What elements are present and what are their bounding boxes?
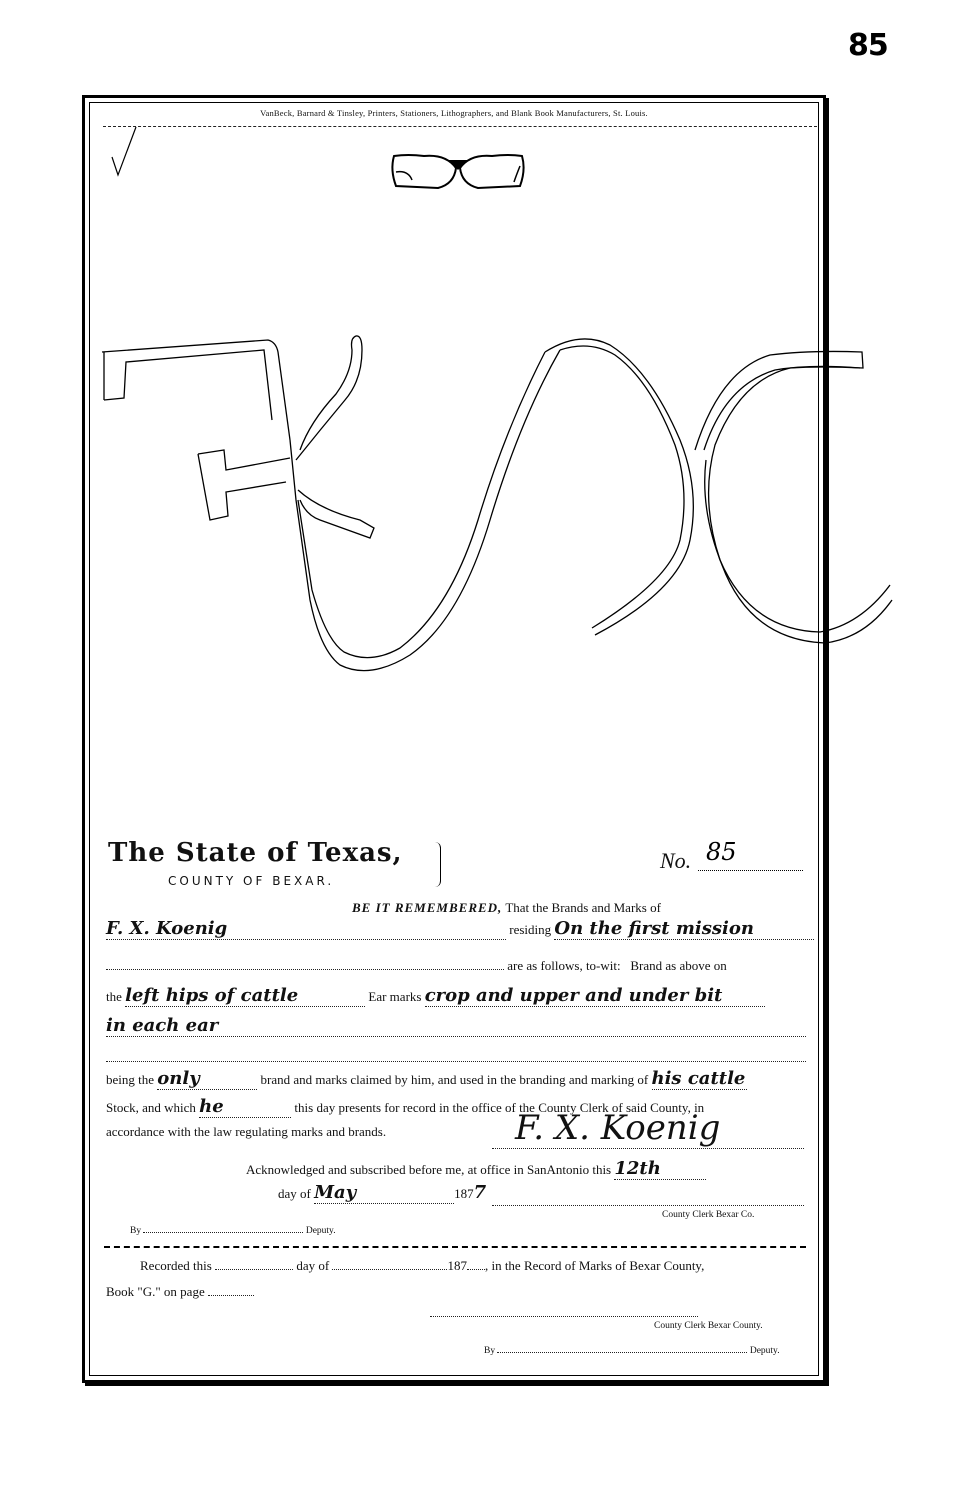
owner-signature: F. X. Koenig — [515, 1108, 720, 1148]
recording-by-label: By — [484, 1346, 495, 1356]
recording-deputy-line: By Deputy. — [484, 1346, 780, 1356]
brand-drawing-icon — [0, 0, 958, 720]
recording-deputy-label: Deputy. — [750, 1346, 780, 1356]
deputy-line: By Deputy. — [130, 1226, 336, 1236]
brace-divider — [434, 842, 441, 887]
county-clerk-county-label: County Clerk Bexar County. — [654, 1321, 763, 1331]
deputy-label: Deputy. — [306, 1226, 336, 1236]
year-suffix: 7 — [474, 1182, 487, 1203]
ear-marks-cont: in each ear — [106, 1015, 218, 1036]
recorder-signature-line — [430, 1316, 698, 1317]
brand-location-value: left hips of cattle — [125, 985, 298, 1006]
clerk-signature-line — [492, 1205, 804, 1206]
book-line: Book "G." on page — [106, 1284, 254, 1300]
county-clerk-label: County Clerk Bexar Co. — [662, 1210, 754, 1220]
ear-marks-label: Ear marks — [368, 989, 421, 1004]
recorded-day-of-label: day of — [296, 1258, 329, 1273]
follows-text: are as follows, to-wit: — [507, 958, 620, 973]
state-of-texas-heading: The State of Texas, — [108, 838, 403, 868]
record-text: , in the Record of Marks of Bexar County… — [485, 1258, 704, 1273]
claim-text: brand and marks claimed by him, and used… — [261, 1072, 649, 1087]
residing-label: residing — [509, 922, 551, 937]
year-prefix: 187 — [454, 1186, 474, 1201]
section-divider — [104, 1246, 806, 1248]
residence-value: On the first mission — [554, 918, 754, 939]
record-number-value: 85 — [706, 838, 737, 866]
intro-text: That the Brands and Marks of — [505, 900, 661, 915]
claim-line: being the only brand and marks claimed b… — [106, 1068, 747, 1090]
record-number-line — [698, 870, 803, 871]
ear-marks-value: crop and upper and under bit — [425, 985, 723, 1006]
owner-name: F. X. Koenig — [106, 918, 227, 939]
ack-day-value: 12th — [614, 1158, 660, 1179]
ack-month-value: May — [314, 1182, 356, 1203]
accordance-text: accordance with the law regulating marks… — [106, 1124, 386, 1139]
brand-location-line: the left hips of cattle Ear marks crop a… — [106, 985, 765, 1007]
book-text: Book "G." on page — [106, 1284, 205, 1299]
recorded-line: Recorded this day of 187, in the Record … — [140, 1258, 704, 1274]
day-of-label: day of — [278, 1186, 311, 1201]
acknowledged-text: Acknowledged and subscribed before me, a… — [246, 1162, 611, 1177]
blank-line — [106, 1045, 806, 1062]
being-the-label: being the — [106, 1072, 154, 1087]
acknowledged-line: Acknowledged and subscribed before me, a… — [246, 1158, 706, 1180]
brand-as-above: Brand as above on — [630, 958, 726, 973]
by-label: By — [130, 1226, 141, 1236]
county-heading: COUNTY OF BEXAR. — [168, 874, 334, 888]
accordance-line: accordance with the law regulating marks… — [106, 1124, 386, 1140]
only-value: only — [157, 1068, 199, 1089]
stock-type-value: his cattle — [652, 1068, 746, 1089]
he-value: he — [199, 1096, 224, 1117]
record-number-label: No. — [660, 848, 691, 874]
recorded-this-label: Recorded this — [140, 1258, 212, 1273]
recorded-year-prefix: 187 — [447, 1258, 467, 1273]
stock-and-which: Stock, and which — [106, 1100, 196, 1115]
intro-line: BE IT REMEMBERED, That the Brands and Ma… — [352, 900, 661, 916]
ear-marks-cont-line: in each ear — [106, 1015, 806, 1037]
follows-line: are as follows, to-wit: Brand as above o… — [106, 958, 727, 974]
ack-date-line: day of May1877 — [278, 1182, 486, 1204]
the-label: the — [106, 989, 122, 1004]
be-it-remembered: BE IT REMEMBERED, — [352, 900, 502, 915]
signature-line — [492, 1148, 804, 1149]
owner-line: F. X. Koenig residing On the first missi… — [106, 918, 814, 940]
